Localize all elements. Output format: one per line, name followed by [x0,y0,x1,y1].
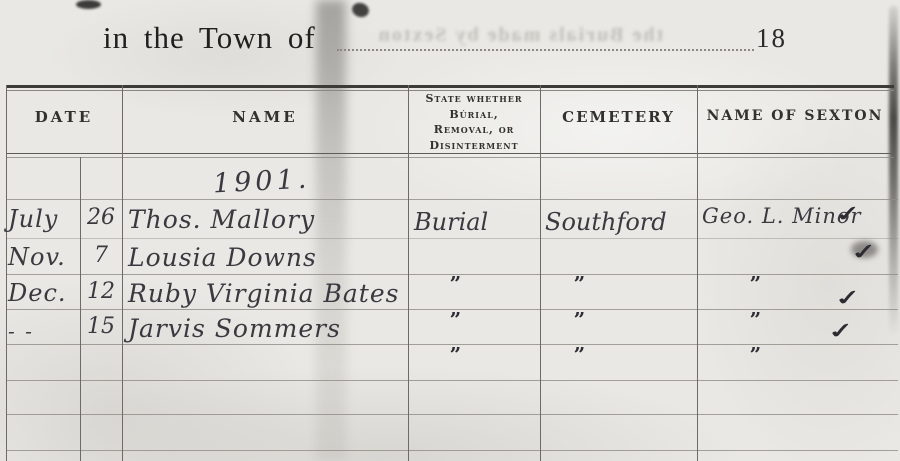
table-row: - - 15 Jarvis Sommers „ „ „ [0,311,900,351]
entry-name: Jarvis Sommers [128,314,341,343]
column-header-name: NAME [122,108,408,126]
entry-month: Dec. [8,279,67,307]
table-row: Dec. 12 Ruby Virginia Bates „ „ „ [0,276,900,316]
header-bottom-rule [6,153,894,154]
state-header-line: Disinterment [408,138,540,154]
ditto-mark: „ [450,331,464,355]
state-header-line: State whether [408,91,540,107]
entry-state: Burial [414,208,488,236]
ink-smudge-top-left [76,0,101,9]
row-rule [6,450,898,451]
table-top-border [6,85,894,88]
entry-month-ditto: - - [8,319,34,343]
entry-name: Lousia Downs [128,243,317,272]
entry-day: 12 [82,279,120,304]
entry-day: 15 [82,314,120,339]
ditto-mark: „ [574,331,588,355]
state-header-line: Removal, or [408,122,540,138]
row-rule [6,380,898,381]
ditto-mark: „ [750,331,764,355]
header-bottom-rule-inner [6,157,894,158]
year-heading: 1901. [212,163,311,199]
entry-name: Thos. Mallory [128,205,315,234]
checkmark-icon: ✓ [834,201,862,227]
entry-month: July [8,205,58,233]
column-header-sexton: NAME OF SEXTON [697,108,893,124]
column-header-cemetery: CEMETERY [540,108,697,126]
year-blank-prefix: 18 [756,23,787,54]
checkmark-icon: ✓ [834,285,862,311]
checkmark-icon: ✓ [827,318,855,344]
entry-cemetery: Southford [545,208,667,236]
row-rule [6,199,898,200]
ink-smudge-top-center [350,1,370,20]
entry-day: 7 [82,243,120,268]
entry-month: Nov. [8,243,66,271]
row-rule [6,414,898,415]
town-name-blank-line [337,25,754,51]
state-header-line: Búrial, [408,107,540,123]
checkmark-icon: ✓ [850,239,878,265]
column-header-state: State whether Búrial, Removal, or Disint… [408,91,540,153]
entry-name: Ruby Virginia Bates [128,279,399,308]
table-row: Nov. 7 Lousia Downs „ „ „ [0,240,900,280]
entry-day: 26 [82,205,120,230]
ledger-page-scan: the Burials made by Sexton in the Town o… [0,0,900,461]
column-header-date: DATE [6,108,122,126]
table-row: July 26 Thos. Mallory Burial Southford G… [0,202,900,242]
page-title: in the Town of [103,20,316,56]
